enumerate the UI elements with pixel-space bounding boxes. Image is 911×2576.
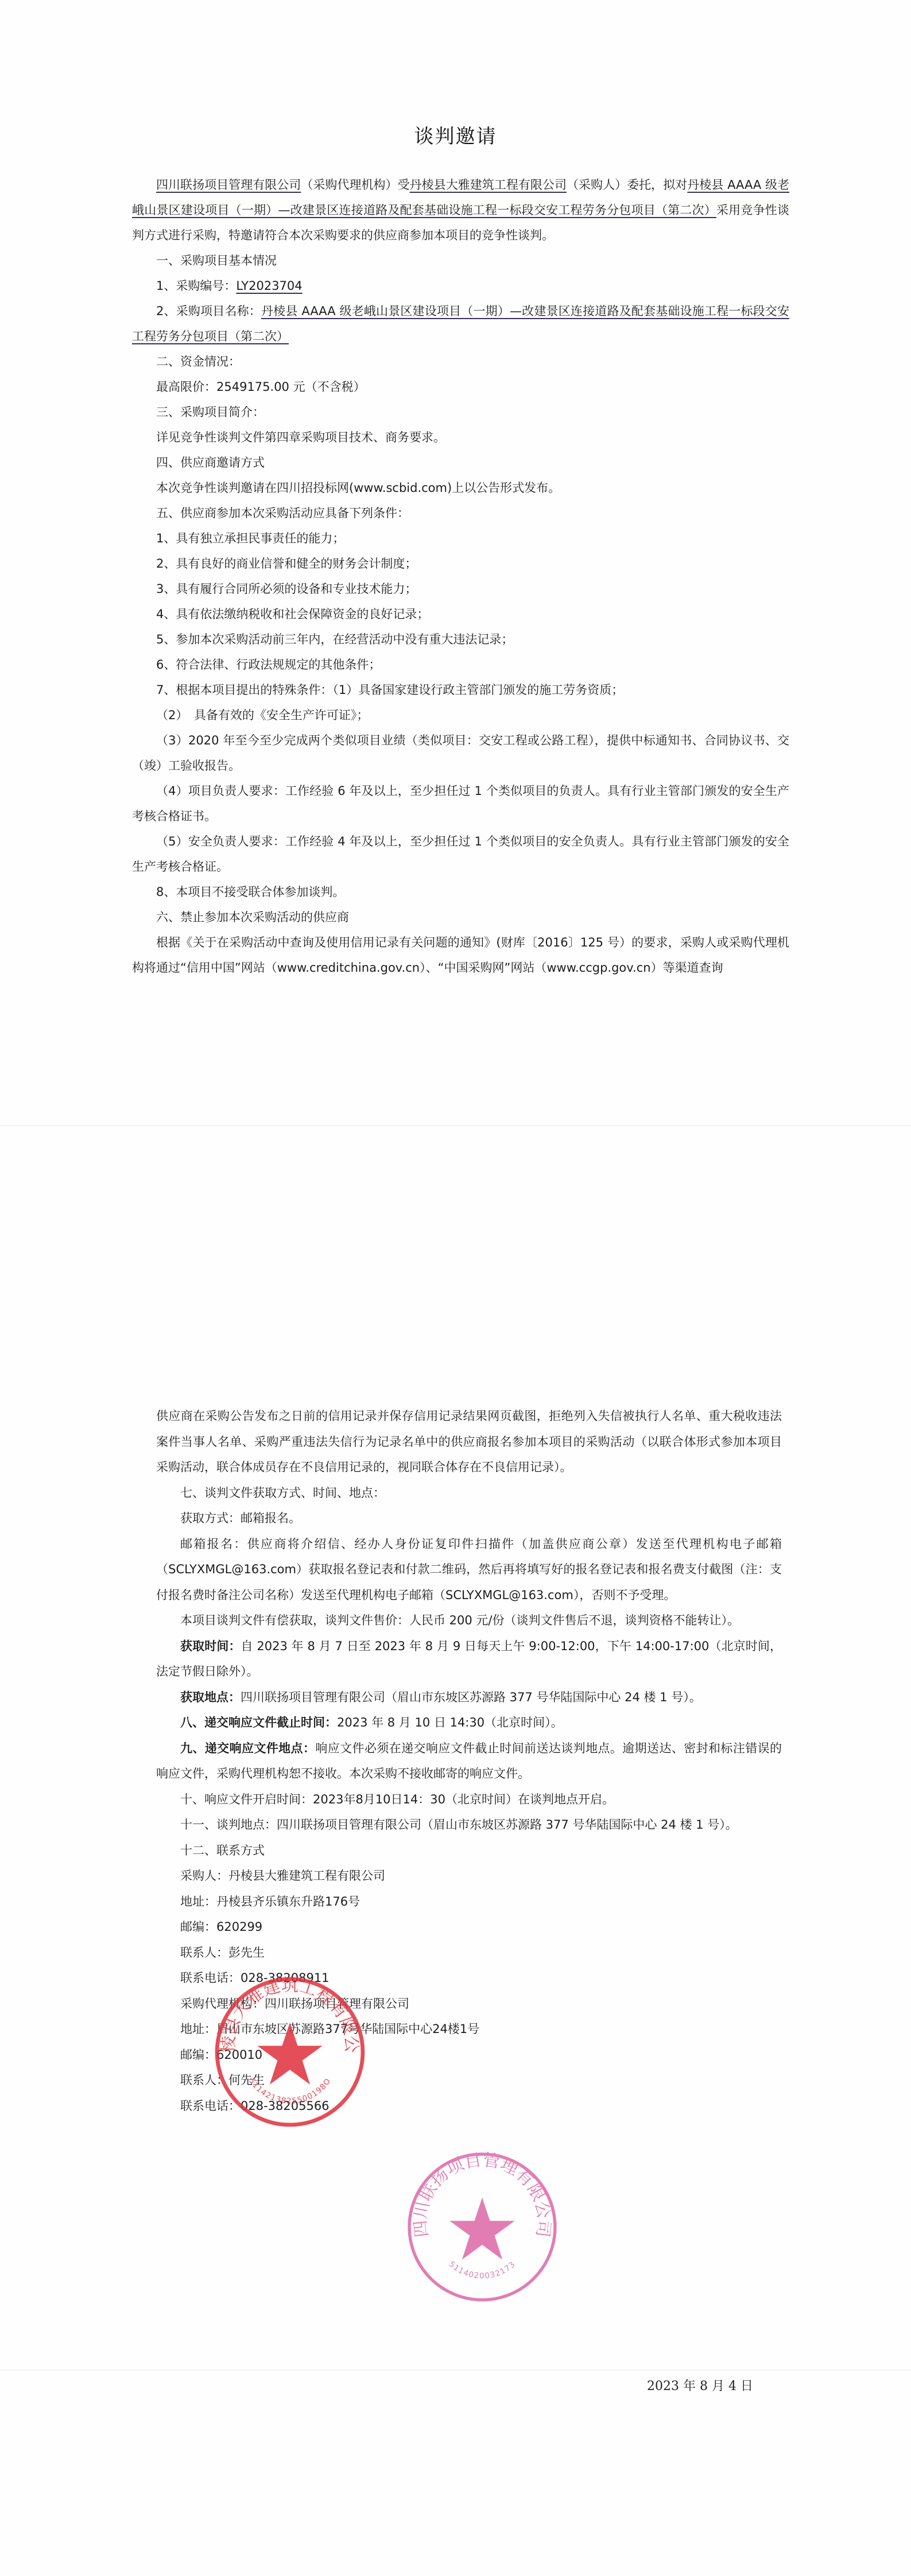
page-2-body: 供应商在采购公告发布之日前的信用记录并保存信用记录结果网页截图，拒绝列入失信被执… — [156, 1403, 782, 2119]
max-price: 最高限价：2549175.00 元（不含税） — [132, 374, 789, 399]
document-title: 谈判邀请 — [0, 121, 911, 149]
condition-item: 6、符合法律、行政法规规定的其他条件； — [132, 652, 789, 677]
purchaser-contact-line: 地址：丹棱县齐乐镇东升路176号 — [156, 1889, 782, 1915]
obtain-time-value: 自 2023 年 8 月 7 日至 2023 年 8 月 9 日每天上午 9:0… — [156, 1639, 782, 1679]
condition-item: 1、具有独立承担民事责任的能力； — [132, 526, 789, 551]
invitation-method: 本次竞争性谈判邀请在四川招投标网(www.scbid.com)上以公告形式发布。 — [132, 475, 789, 501]
credit-check-part-1: 根据《关于在采购活动中查询及使用信用记录有关问题的通知》(财库〔2016〕125… — [132, 930, 789, 980]
project-summary: 详见竞争性谈判文件第四章采购项目技术、商务要求。 — [132, 425, 789, 450]
obtain-place: 获取地点：四川联扬项目管理有限公司（眉山市东坡区苏源路 377 号华陆国际中心 … — [156, 1685, 782, 1710]
condition-item: 4、具有依法缴纳税收和社会保障资金的良好记录； — [132, 602, 789, 627]
section-3-heading: 三、采购项目简介： — [132, 399, 789, 425]
document-fee: 本项目谈判文件有偿获取，谈判文件售价：人民币 200 元/份（谈判文件售后不退，… — [156, 1608, 782, 1634]
intro-paragraph: 四川联扬项目管理有限公司（采购代理机构）受丹棱县大雅建筑工程有限公司（采购人）委… — [132, 172, 789, 248]
purchaser-name: 丹棱县大雅建筑工程有限公司 — [410, 178, 567, 192]
section-6-heading: 六、禁止参加本次采购活动的供应商 — [132, 905, 789, 930]
procurement-project-name: 2、采购项目名称：丹棱县 AAAA 级老峨山景区建设项目（一期）—改建景区连接道… — [132, 298, 789, 349]
agency-contact-line: 邮编：620010 — [156, 2042, 782, 2068]
submission-place: 九、递交响应文件地点：响应文件必须在递交响应文件截止时间前送达谈判地点。逾期送达… — [156, 1736, 782, 1787]
submission-deadline-value: 2023 年 8 月 10 日 14:30（北京时间）。 — [337, 1716, 563, 1729]
section-1-heading: 一、采购项目基本情况 — [132, 248, 789, 273]
email-registration: 邮箱报名：供应商将介绍信、经办人身份证复印件扫描件（加盖供应商公章）发送至代理机… — [156, 1531, 782, 1608]
procurement-number-value: LY2023704 — [236, 279, 302, 293]
purchaser-role: （采购人）委托，拟对 — [567, 178, 687, 192]
section-4-heading: 四、供应商邀请方式 — [132, 450, 789, 475]
opening-time: 十、响应文件开启时间：2023年8月10日14：30（北京时间）在谈判地点开启。 — [156, 1787, 782, 1813]
obtain-method: 获取方式：邮箱报名。 — [156, 1506, 782, 1531]
special-condition: （2） 具备有效的《安全生产许可证》； — [132, 703, 789, 728]
section-7-heading: 七、谈判文件获取方式、时间、地点： — [156, 1480, 782, 1506]
condition-item: 7、根据本项目提出的特殊条件：（1）具备国家建设行政主管部门颁发的施工劳务资质； — [132, 677, 789, 703]
condition-item: 3、具有履行合同所必须的设备和专业技术能力； — [132, 576, 789, 602]
procurement-number-label: 1、采购编号： — [156, 279, 236, 293]
submission-deadline-label: 八、递交响应文件截止时间： — [180, 1716, 337, 1729]
obtain-place-value: 四川联扬项目管理有限公司（眉山市东坡区苏源路 377 号华陆国际中心 24 楼 … — [241, 1690, 701, 1704]
obtain-time: 获取时间：自 2023 年 8 月 7 日至 2023 年 8 月 9 日每天上… — [156, 1634, 782, 1685]
agency-contact-line: 联系人：何先生 — [156, 2067, 782, 2093]
purchaser-contact-line: 采购人：丹棱县大雅建筑工程有限公司 — [156, 1863, 782, 1889]
scan-artifact — [0, 2369, 911, 2371]
scan-artifact — [0, 1125, 911, 1126]
special-condition: （5）安全负责人要求：工作经验 4 年及以上，至少担任过 1 个类似项目的安全负… — [132, 829, 789, 879]
agency-contact-line: 地址：眉山市东坡区苏源路377号华陆国际中心24楼1号 — [156, 2016, 782, 2042]
purchaser-contact-line: 邮编：620299 — [156, 1914, 782, 1940]
negotiation-place: 十一、谈判地点：四川联扬项目管理有限公司（眉山市东坡区苏源路 377 号华陆国际… — [156, 1812, 782, 1838]
purchaser-contact-line: 联系人：彭先生 — [156, 1940, 782, 1966]
section-12-heading: 十二、联系方式 — [156, 1838, 782, 1864]
obtain-place-label: 获取地点： — [180, 1690, 241, 1704]
project-name-label: 2、采购项目名称： — [156, 304, 261, 318]
agency-role: （采购代理机构）受 — [301, 178, 409, 192]
page-1-body: 四川联扬项目管理有限公司（采购代理机构）受丹棱县大雅建筑工程有限公司（采购人）委… — [132, 172, 789, 980]
credit-check-part-2: 供应商在采购公告发布之日前的信用记录并保存信用记录结果网页截图，拒绝列入失信被执… — [156, 1403, 782, 1480]
submission-deadline: 八、递交响应文件截止时间：2023 年 8 月 10 日 14:30（北京时间）… — [156, 1710, 782, 1736]
agency-name: 四川联扬项目管理有限公司 — [156, 178, 301, 192]
special-condition: （4）项目负责人要求：工作经验 6 年及以上，至少担任过 1 个类似项目的负责人… — [132, 778, 789, 829]
special-condition: （3）2020 年至今至少完成两个类似项目业绩（类似项目：交安工程或公路工程），… — [132, 728, 789, 778]
procurement-number: 1、采购编号：LY2023704 — [132, 273, 789, 298]
condition-item: 2、具有良好的商业信誉和健全的财务会计制度； — [132, 551, 789, 576]
condition-item: 8、本项目不接受联合体参加谈判。 — [132, 879, 789, 905]
section-5-heading: 五、供应商参加本次采购活动应具备下列条件： — [132, 501, 789, 526]
condition-item: 5、参加本次采购活动前三年内，在经营活动中没有重大违法记录； — [132, 627, 789, 652]
agency-contact-line: 采购代理机构：四川联扬项目管理有限公司 — [156, 1991, 782, 2017]
purchaser-contact-line: 联系电话：028-38208911 — [156, 1965, 782, 1991]
submission-place-label: 九、递交响应文件地点： — [180, 1741, 315, 1755]
document-date: 2023 年 8 月 4 日 — [647, 2376, 753, 2394]
section-2-heading: 二、资金情况： — [132, 349, 789, 374]
obtain-time-label: 获取时间： — [180, 1639, 241, 1653]
agency-contact-line: 联系电话：028-38205566 — [156, 2093, 782, 2119]
